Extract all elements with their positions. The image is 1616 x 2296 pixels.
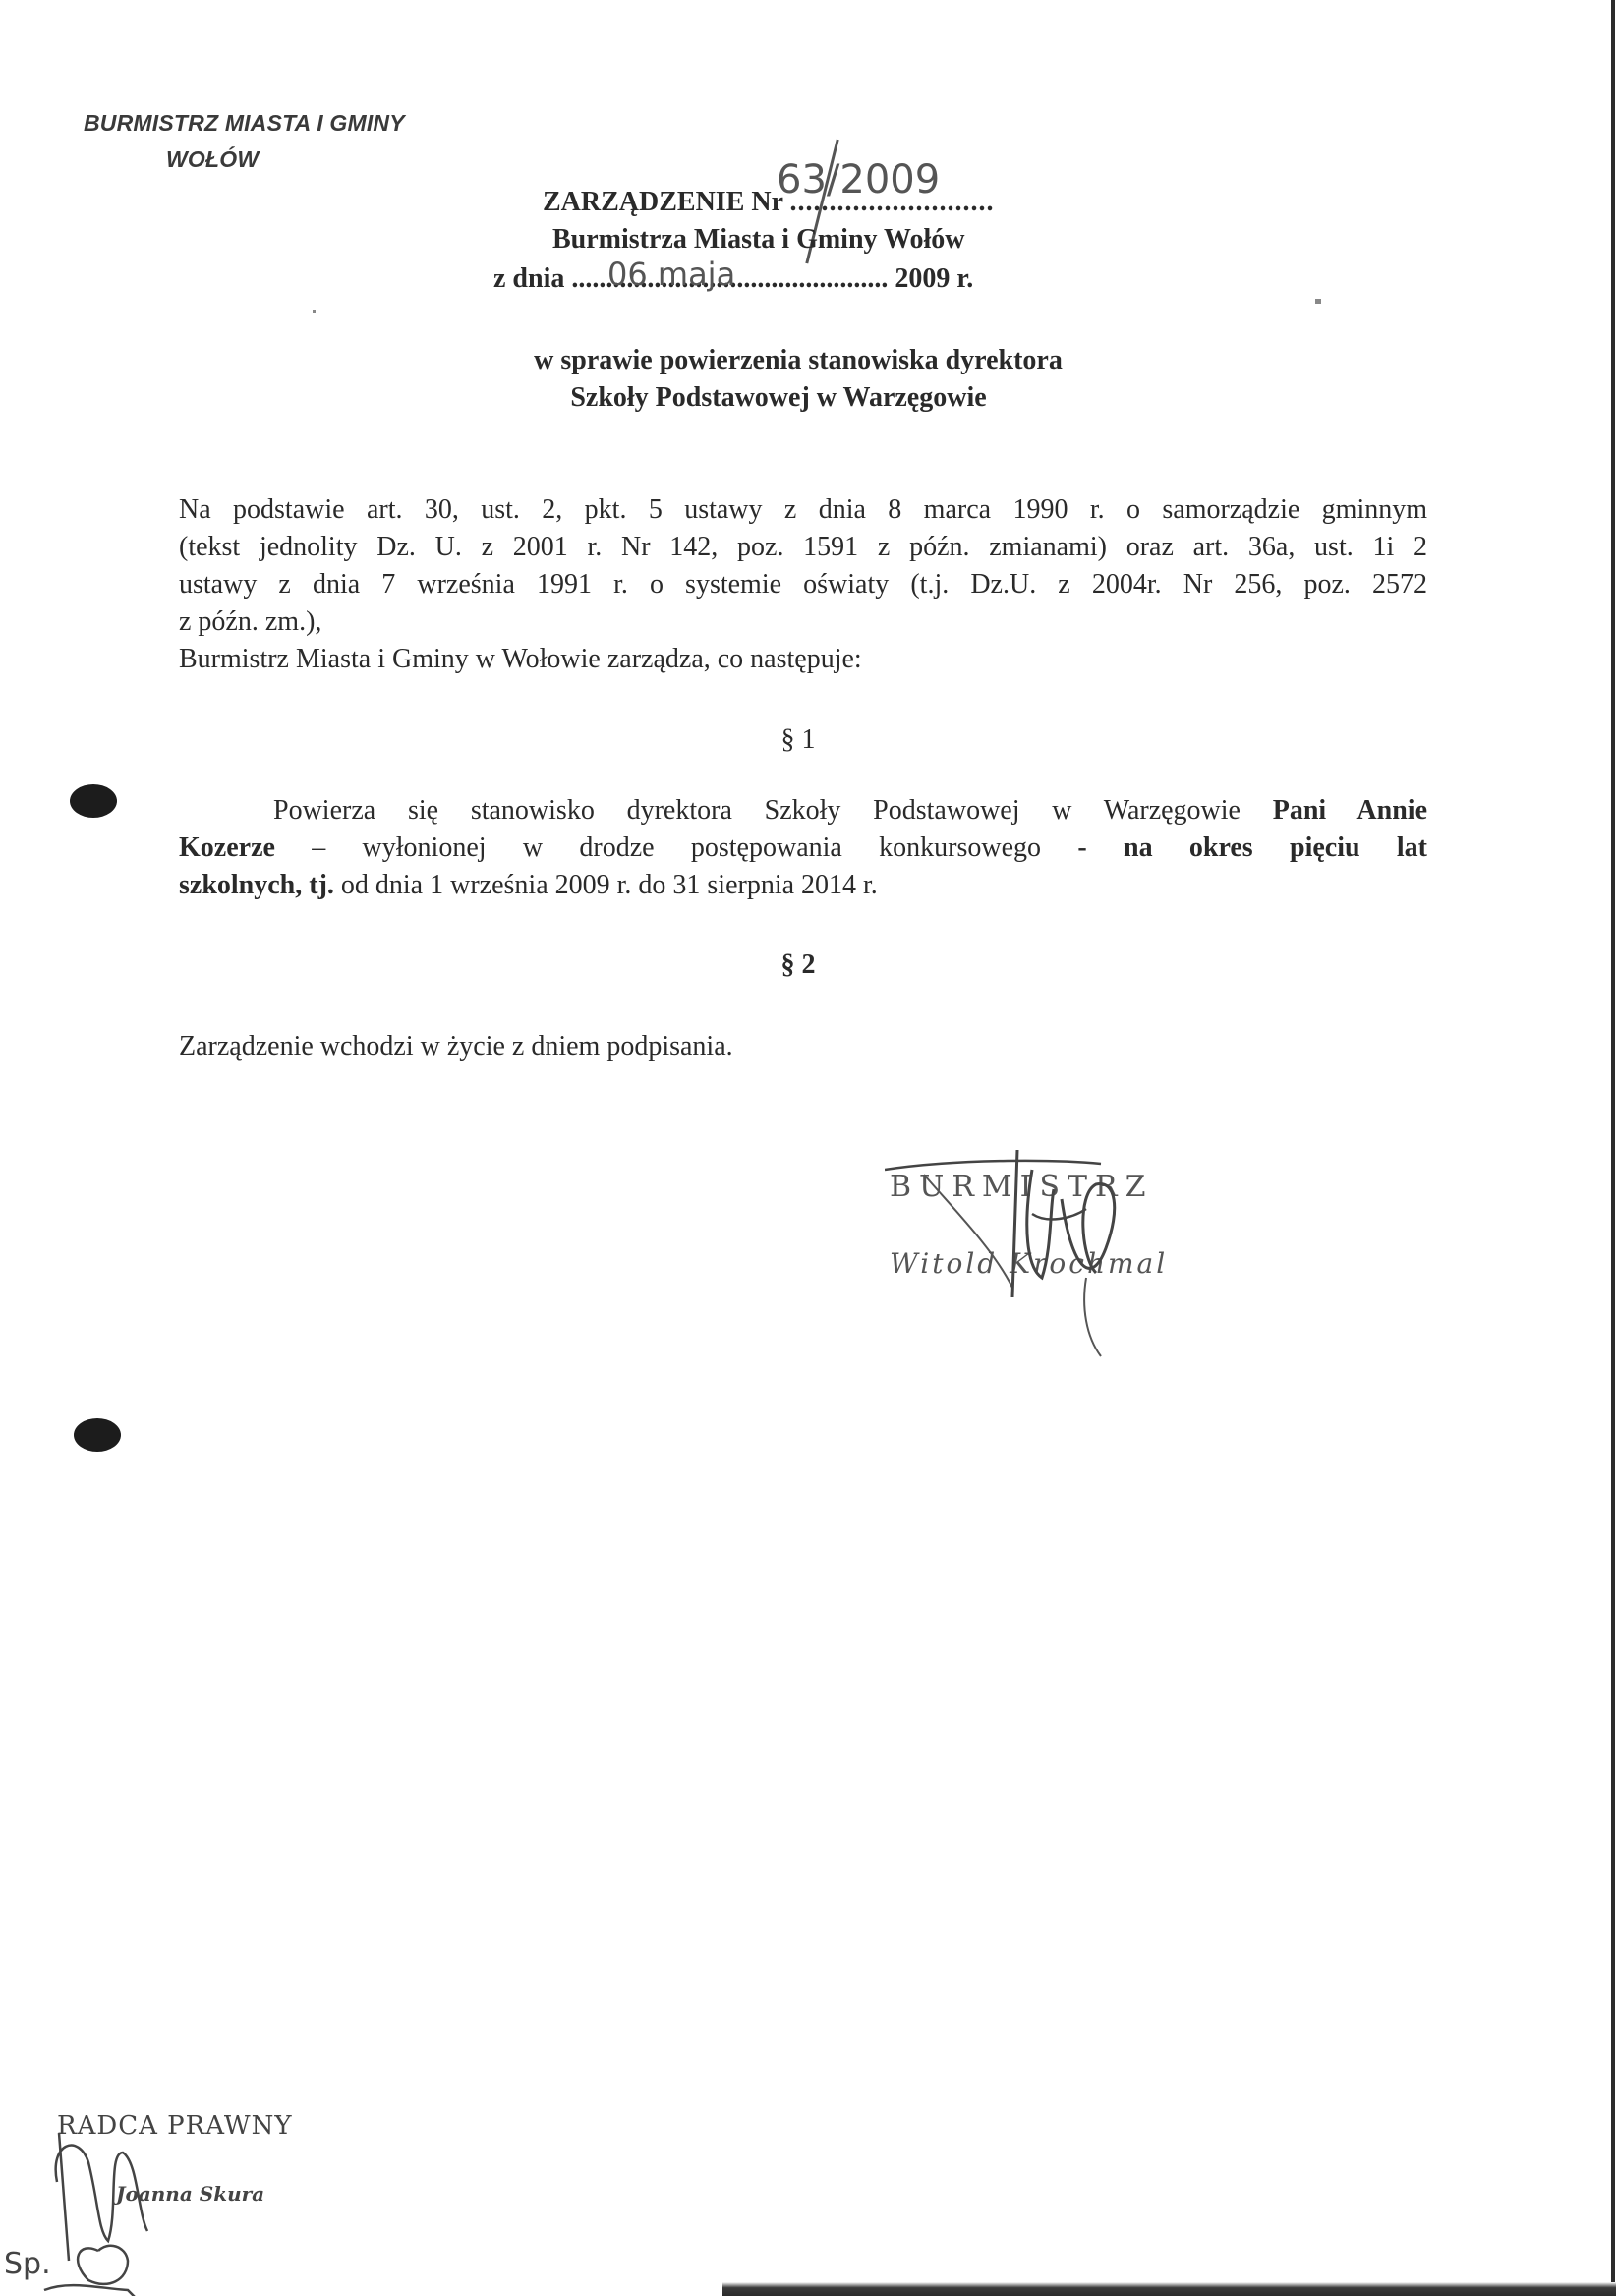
- section-2-text: Zarządzenie wchodzi w życie z dniem podp…: [179, 1028, 1427, 1065]
- date-suffix: 2009 r.: [895, 263, 973, 294]
- counsel-signature-icon: [39, 2123, 197, 2296]
- handwritten-number: 63/2009: [777, 157, 940, 202]
- section-1-line1: Powierza się stanowisko dyrektora Szkoły…: [179, 792, 1427, 830]
- title-prefix: ZARZĄDZENIE Nr: [543, 187, 783, 217]
- office-stamp-line1: BURMISTRZ MIASTA I GMINY: [84, 110, 405, 136]
- legal-basis-line: Burmistrz Miasta i Gminy w Wołowie zarzą…: [179, 641, 1427, 678]
- document-issuer: Burmistrza Miasta i Gminy Wołów: [552, 224, 964, 256]
- punch-hole-bottom: [74, 1418, 121, 1452]
- office-stamp-line2: WOŁÓW: [166, 146, 405, 173]
- legal-basis-line: z późn. zm.),: [179, 603, 1427, 641]
- term-dates: od dnia 1 września 2009 r. do 31 sierpni…: [334, 870, 878, 900]
- punch-hole-top: [70, 784, 117, 818]
- appointee-surname: Kozerze: [179, 832, 275, 863]
- appointee-name-part: Pani Annie: [1273, 795, 1427, 826]
- term-duration-cont: szkolnych, tj.: [179, 870, 334, 900]
- document-subject: w sprawie powierzenia stanowiska dyrekto…: [0, 342, 1616, 417]
- legal-basis: Na podstawie art. 30, ust. 2, pkt. 5 ust…: [179, 491, 1427, 678]
- scan-speck: [1315, 299, 1321, 304]
- legal-basis-line: ustawy z dnia 7 września 1991 r. o syste…: [179, 566, 1427, 603]
- term-duration: - na okres pięciu lat: [1077, 832, 1427, 863]
- section-1-line3: szkolnych, tj. od dnia 1 września 2009 r…: [179, 867, 1427, 904]
- section-1-line2: Kozerze – wyłonionej w drodze postępowan…: [179, 830, 1427, 867]
- legal-basis-line: Na podstawie art. 30, ust. 2, pkt. 5 ust…: [179, 491, 1427, 529]
- office-stamp: BURMISTRZ MIASTA I GMINY WOŁÓW: [84, 110, 405, 173]
- section-1-text: Powierza się stanowisko dyrektora Szkoły…: [179, 792, 1427, 904]
- handwritten-date: 06 maja: [607, 256, 735, 293]
- scan-edge-bottom: [722, 2282, 1616, 2296]
- section-1-mark: § 1: [0, 724, 1606, 756]
- legal-basis-line: (tekst jednolity Dz. U. z 2001 r. Nr 142…: [179, 529, 1427, 566]
- section-1-regular: Powierza się stanowisko dyrektora Szkoły…: [273, 795, 1273, 826]
- scan-speck: [313, 310, 316, 313]
- counsel-initials: Sp.: [4, 2247, 51, 2281]
- section-1-regular: – wyłonionej w drodze postępowania konku…: [275, 832, 1077, 863]
- section-2-mark: § 2: [0, 949, 1606, 981]
- subject-line1: w sprawie powierzenia stanowiska dyrekto…: [0, 342, 1616, 379]
- date-prefix: z dnia: [493, 263, 564, 294]
- subject-line2: Szkoły Podstawowej w Warzęgowie: [0, 379, 1616, 417]
- handwritten-signature-icon: [885, 1150, 1199, 1376]
